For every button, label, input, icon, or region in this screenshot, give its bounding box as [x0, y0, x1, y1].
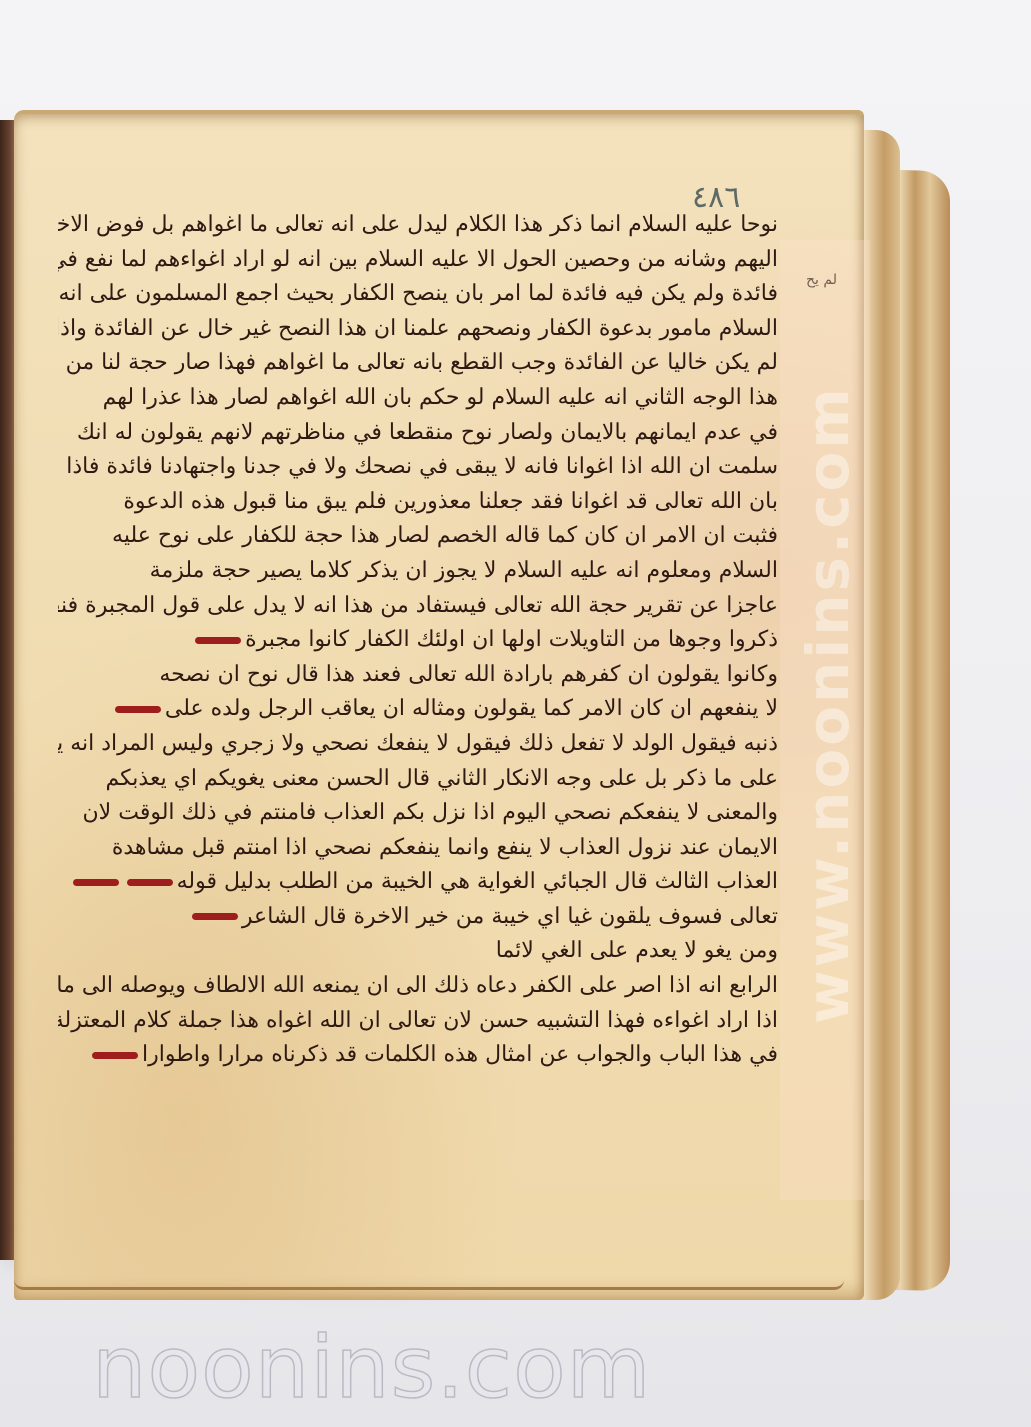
- watermark-bottom: noonins.com: [92, 1318, 651, 1418]
- rubric-mark: [127, 879, 173, 886]
- text-line: سلمت ان الله اذا اغوانا فانه لا يبقى في …: [58, 450, 778, 485]
- text-line: هذا الوجه الثاني انه عليه السلام لو حكم …: [58, 381, 778, 416]
- text-line: تعالى فسوف يلقون غيا اي خيبة من خير الاخ…: [58, 900, 778, 935]
- text-line: فائدة ولم يكن فيه فائدة لما امر بان ينصح…: [58, 277, 778, 312]
- text-line: السلام مامور بدعوة الكفار ونصحهم علمنا ا…: [58, 312, 778, 347]
- text-line: في هذا الباب والجواب عن امثال هذه الكلما…: [58, 1038, 778, 1073]
- rubric-mark: [115, 706, 161, 713]
- text-line: اذا اراد اغواءه فهذا التشبيه حسن لان تعا…: [58, 1004, 778, 1039]
- text-line: بان الله تعالى قد اغوانا فقد جعلنا معذور…: [58, 485, 778, 520]
- text-line: نوحا عليه السلام انما ذكر هذا الكلام ليد…: [58, 208, 778, 243]
- page-bottom-edge: [14, 1240, 844, 1290]
- text-line: ذنبه فيقول الولد لا تفعل ذلك فيقول لا ين…: [58, 727, 778, 762]
- text-line: اليهم وشانه من وحصين الحول الا عليه السل…: [58, 243, 778, 278]
- text-line: والمعنى لا ينفعكم نصحي اليوم اذا نزل بكم…: [58, 796, 778, 831]
- text-line: لا ينفعهم ان كان الامر كما يقولون ومثاله…: [58, 692, 778, 727]
- text-line: عاجزا عن تقرير حجة الله تعالى فيستفاد من…: [58, 589, 778, 624]
- text-line: ومن يغو لا يعدم على الغي لائما: [58, 934, 778, 969]
- rubric-mark: [192, 913, 238, 920]
- rubric-mark: [195, 637, 241, 644]
- text-line: الرابع انه اذا اصر على الكفر دعاه ذلك ال…: [58, 969, 778, 1004]
- text-line: فثبت ان الامر ان كان كما قاله الخصم لصار…: [58, 519, 778, 554]
- text-line: وكانوا يقولون ان كفرهم بارادة الله تعالى…: [58, 658, 778, 693]
- text-line: العذاب الثالث قال الجبائي الغواية هي الخ…: [58, 865, 778, 900]
- text-line: الايمان عند نزول العذاب لا ينفع وانما ين…: [58, 831, 778, 866]
- watermark-vertical: www.noonins.com: [794, 424, 862, 1024]
- text-line: ذكروا وجوها من التاويلات اولها ان اولئك …: [58, 623, 778, 658]
- text-line: السلام ومعلوم انه عليه السلام لا يجوز ان…: [58, 554, 778, 589]
- text-line: لم يكن خاليا عن الفائدة وجب القطع بانه ت…: [58, 346, 778, 381]
- rubric-mark: [73, 879, 119, 886]
- text-line: على ما ذكر بل على وجه الانكار الثاني قال…: [58, 762, 778, 797]
- manuscript-text: نوحا عليه السلام انما ذكر هذا الكلام ليد…: [58, 208, 778, 1073]
- rubric-mark: [92, 1052, 138, 1059]
- text-line: في عدم ايمانهم بالايمان ولصار نوح منقطعا…: [58, 416, 778, 451]
